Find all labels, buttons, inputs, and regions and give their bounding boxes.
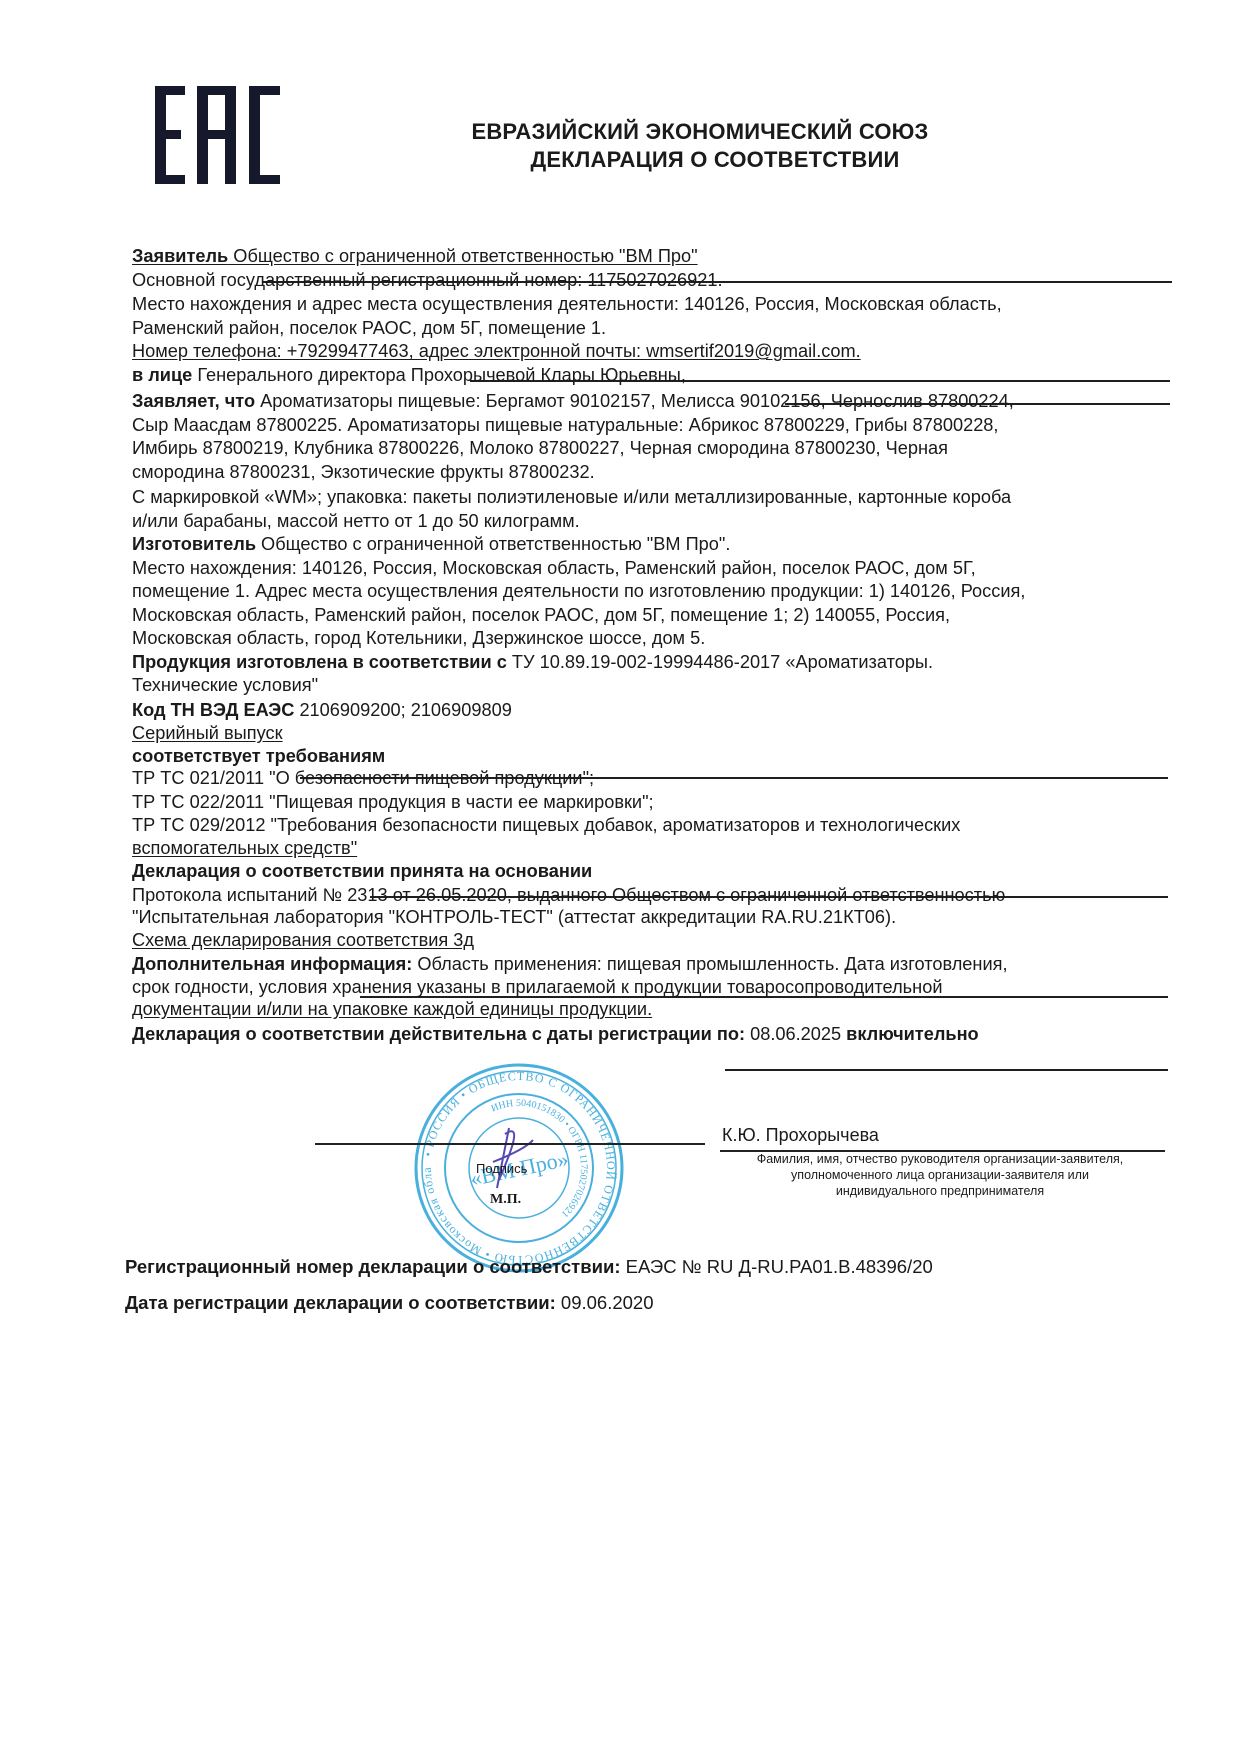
declares-line: С маркировкой «WM»; упаковка: пакеты пол… [132,486,1162,509]
manufacturer-label: Изготовитель [132,534,256,554]
represented-label: в лице [132,365,192,385]
applicant-ogrn: Основной государственный регистрационный… [132,269,1162,292]
registration-number-value: ЕАЭС № RU Д-RU.PA01.B.48396/20 [621,1256,933,1277]
applicant-label: Заявитель [132,246,228,266]
declares-line: Имбирь 87800219, Клубника 87800226, Моло… [132,437,1162,460]
basis-label: Декларация о соответствии принята на осн… [132,860,1162,883]
declaration-body: Заявитель Общество с ограниченной ответс… [132,245,1162,1010]
seal-label: М.П. [490,1192,521,1208]
validity-date: 08.06.2025 [745,1024,846,1044]
manufacturer-line: Место нахождения: 140126, Россия, Москов… [132,557,1162,580]
standard-value-2: Технические условия" [132,674,1162,697]
additional-label: Дополнительная информация: [132,954,412,974]
additional-line: срок годности, условия хранения указаны … [132,976,1162,999]
standard-value: ТУ 10.89.19-002-19994486-2017 «Ароматиза… [507,652,933,672]
applicant-address-2: Раменский район, поселок РАОС, дом 5Г, п… [132,317,1162,340]
declares-line: смородина 87800231, Экзотические фрукты … [132,461,1162,484]
declaration-page: ЕВРАЗИЙСКИЙ ЭКОНОМИЧЕСКИЙ СОЮЗ ДЕКЛАРАЦИ… [0,0,1240,1754]
declares-label: Заявляет, что [132,391,255,411]
represented-value: Генерального директора Прохорычевой Клар… [192,365,686,385]
additional-value: Область применения: пищевая промышленнос… [412,954,1007,974]
basis-line: Протокола испытаний № 2313 от 26.05.2020… [132,884,1162,907]
signer-caption-line: уполномоченного лица организации-заявите… [720,1167,1160,1183]
signer-caption-line: индивидуального предпринимателя [720,1183,1160,1199]
hs-code-value: 2106909200; 2106909809 [294,700,511,720]
registration-date: Дата регистрации декларации о соответств… [125,1291,654,1315]
signature-label: Подпись [476,1161,527,1176]
declaration-scheme: Схема декларирования соответствия 3д [132,929,1162,952]
signer-caption-line: Фамилия, имя, отчество руководителя орга… [720,1151,1160,1167]
declares-line: Ароматизаторы пищевые: Бергамот 90102157… [255,391,1014,411]
manufacturer-line: помещение 1. Адрес места осуществления д… [132,580,1162,603]
signature-line [315,1143,705,1145]
standard-label: Продукция изготовлена в соответствии с [132,652,507,672]
hs-code-label: Код ТН ВЭД ЕАЭС [132,700,294,720]
signer-name: К.Ю. Прохорычева [722,1125,879,1146]
manufacturer-name: Общество с ограниченной ответственностью… [256,534,730,554]
applicant-address-1: Место нахождения и адрес места осуществл… [132,293,1162,316]
requirements-label: соответствует требованиям [132,745,1162,768]
requirement-item: ТР ТС 022/2011 "Пищевая продукция в част… [132,791,1162,814]
declares-line: Сыр Маасдам 87800225. Ароматизаторы пище… [132,414,1162,437]
divider [725,1069,1168,1071]
validity-suffix: включительно [846,1024,979,1044]
additional-line: документации и/или на упаковке каждой ед… [132,998,1162,1021]
applicant-contacts: Номер телефона: +79299477463, адрес элек… [132,340,1162,363]
registration-number-label: Регистрационный номер декларации о соотв… [125,1256,621,1277]
title-union: ЕВРАЗИЙСКИЙ ЭКОНОМИЧЕСКИЙ СОЮЗ [420,118,980,146]
title-declaration: ДЕКЛАРАЦИЯ О СООТВЕТСТВИИ [450,146,980,174]
signer-caption: Фамилия, имя, отчество руководителя орга… [720,1151,1160,1199]
requirement-item: вспомогательных средств" [132,837,1162,860]
requirement-item: ТР ТС 029/2012 "Требования безопасности … [132,814,1162,837]
manufacturer-line: Московская область, Раменский район, пос… [132,604,1162,627]
registration-date-value: 09.06.2020 [556,1292,654,1313]
applicant-name: Общество с ограниченной ответственностью… [228,246,697,266]
registration-number: Регистрационный номер декларации о соотв… [125,1255,933,1279]
declares-line: и/или барабаны, массой нетто от 1 до 50 … [132,510,1162,533]
manufacturer-line: Московская область, город Котельники, Дз… [132,627,1162,650]
registration-date-label: Дата регистрации декларации о соответств… [125,1292,556,1313]
requirement-item: ТР ТС 021/2011 "О безопасности пищевой п… [132,767,1162,790]
production-type: Серийный выпуск [132,722,1162,745]
basis-line: "Испытательная лаборатория "КОНТРОЛЬ-ТЕС… [132,906,1162,929]
document-title: ЕВРАЗИЙСКИЙ ЭКОНОМИЧЕСКИЙ СОЮЗ ДЕКЛАРАЦИ… [420,118,980,174]
eac-logo [155,86,280,184]
validity-label: Декларация о соответствии действительна … [132,1024,745,1044]
